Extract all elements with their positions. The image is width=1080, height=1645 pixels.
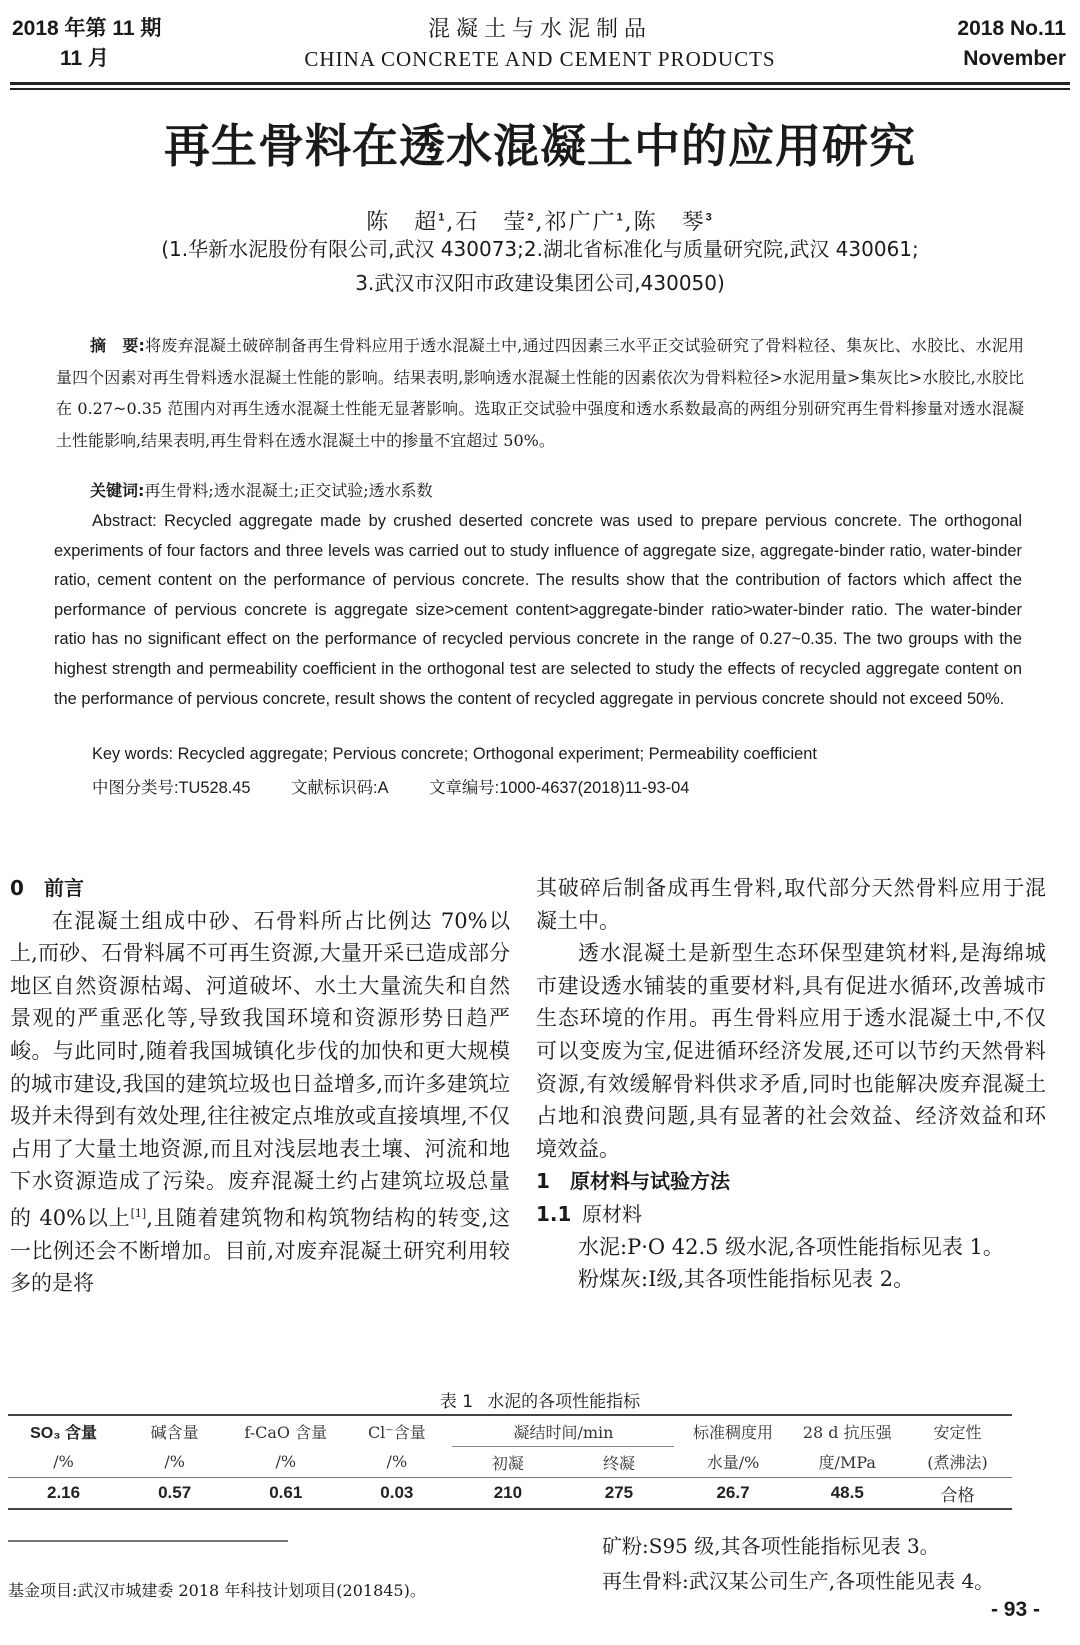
subsection-heading-1-1: 1.1原材料	[536, 1198, 1046, 1231]
table-header-cell: 标准稠度用	[674, 1415, 791, 1447]
author-affiliation-mark: 2	[527, 212, 535, 224]
author-affiliation-mark: 3	[706, 212, 714, 224]
affiliation-line-1: (1.华新水泥股份有限公司,武汉 430073;2.湖北省标准化与质量研究院,武…	[0, 232, 1080, 266]
funding-footnote: 基金项目:武汉市城建委 2018 年科技计划项目(201845)。	[8, 1578, 426, 1601]
table-cell-fcao: 0.61	[230, 1478, 341, 1510]
material-recycled-aggregate: 再生骨料:武汉某公司生产,各项性能见表 4。	[602, 1565, 994, 1594]
section-title: 原材料与试验方法	[570, 1169, 730, 1193]
abstract-en-label: Abstract:	[92, 512, 157, 530]
issue-month: 11 月	[12, 44, 161, 74]
keywords-cn-text: 再生骨料;透水混凝土;正交试验;透水系数	[144, 481, 432, 500]
table-header-cell: SO₃ 含量	[8, 1415, 119, 1447]
table-cell-initial-set: 210	[452, 1478, 563, 1510]
table-header-cell: 度/MPa	[792, 1447, 903, 1478]
table-cell-water-demand: 26.7	[674, 1478, 791, 1510]
table-header-cell: Cl⁻含量	[341, 1415, 452, 1447]
section-heading-1: 1原材料与试验方法	[536, 1165, 1046, 1198]
section-number: 0	[10, 872, 44, 905]
material-cement: 水泥:P·O 42.5 级水泥,各项性能指标见表 1。	[536, 1231, 1046, 1264]
table-header-cell: f-CaO 含量	[230, 1415, 341, 1447]
citation-ref: [1]	[131, 1207, 147, 1220]
table-header-group-cell: 凝结时间/min	[452, 1415, 674, 1447]
journal-name-en: CHINA CONCRETE AND CEMENT PRODUCTS	[290, 44, 790, 74]
article-title: 再生骨料在透水混凝土中的应用研究	[0, 110, 1080, 176]
table-number: 表 1	[440, 1392, 473, 1412]
article-number: 文章编号:1000-4637(2018)11-93-04	[429, 779, 689, 797]
document-code: 文献标识码:A	[291, 779, 388, 797]
table-header-cell: (煮沸法)	[903, 1447, 1012, 1478]
table-header-cell: /%	[8, 1447, 119, 1478]
header-rule-thin	[10, 88, 1070, 90]
issue-info: 2018 年第 11 期 11 月	[12, 14, 161, 74]
table-cell-soundness: 合格	[903, 1478, 1012, 1510]
classification-info: 中图分类号:TU528.45 文献标识码:A 文章编号:1000-4637(20…	[92, 774, 725, 798]
table-header-cell: 碱含量	[119, 1415, 230, 1447]
abstract-en-text: Recycled aggregate made by crushed deser…	[54, 512, 1022, 708]
table-header-row: SO₃ 含量 碱含量 f-CaO 含量 Cl⁻含量 凝结时间/min 标准稠度用…	[8, 1415, 1012, 1447]
intro-paragraph-1-continued: 其破碎后制备成再生骨料,取代部分天然骨料应用于混凝土中。	[536, 872, 1046, 937]
author-affiliation-mark: 1	[617, 212, 625, 224]
clc-number: 中图分类号:TU528.45	[92, 779, 251, 797]
author-affiliation-mark: 1	[438, 212, 446, 224]
material-slag: 矿粉:S95 级,其各项性能指标见表 3。	[602, 1530, 940, 1559]
material-flyash: 粉煤灰:Ⅰ级,其各项性能指标见表 2。	[536, 1263, 1046, 1296]
intro-paragraph-1: 在混凝土组成中砂、石骨料所占比例达 70%以上,而砂、石骨料属不可再生资源,大量…	[10, 905, 510, 1300]
issue-info-en: 2018 No.11 November	[957, 14, 1066, 74]
section-number: 1	[536, 1165, 570, 1198]
abstract-cn: 摘 要:将废弃混凝土破碎制备再生骨料应用于透水混凝土中,通过四因素三水平正交试验…	[56, 330, 1024, 456]
table-header-cell: 终凝	[563, 1447, 674, 1478]
table-cell-alkali: 0.57	[119, 1478, 230, 1510]
subsection-number: 1.1	[536, 1198, 582, 1231]
body-left-column: 0前言 在混凝土组成中砂、石骨料所占比例达 70%以上,而砂、石骨料属不可再生资…	[10, 872, 510, 1300]
table-row: 2.16 0.57 0.61 0.03 210 275 26.7 48.5 合格	[8, 1478, 1012, 1510]
subsection-title: 原材料	[582, 1202, 642, 1226]
page-number: - 93 -	[991, 1598, 1040, 1622]
paragraph-text: 在混凝土组成中砂、石骨料所占比例达 70%以上,而砂、石骨料属不可再生资源,大量…	[10, 909, 510, 1230]
abstract-cn-label: 摘 要:	[90, 336, 145, 355]
journal-name-cn: 混凝土与水泥制品	[290, 14, 790, 44]
section-heading-0: 0前言	[10, 872, 510, 905]
keywords-en: Key words: Recycled aggregate; Pervious …	[92, 745, 817, 764]
table-subheader-row: /% /% /% /% 初凝 终凝 水量/% 度/MPa (煮沸法)	[8, 1447, 1012, 1478]
table-header-cell: /%	[341, 1447, 452, 1478]
abstract-cn-text: 将废弃混凝土破碎制备再生骨料应用于透水混凝土中,通过四因素三水平正交试验研究了骨…	[56, 336, 1024, 450]
affiliation-line-2: 3.武汉市汉阳市政建设集团公司,430050)	[0, 266, 1080, 300]
table-title: 水泥的各项性能指标	[487, 1392, 640, 1412]
issue-no-en: 2018 No.11	[957, 14, 1066, 44]
keywords-cn-label: 关键词:	[90, 481, 144, 500]
table-1-caption: 表 1水泥的各项性能指标	[0, 1387, 1080, 1412]
table-header-cell: 水量/%	[674, 1447, 791, 1478]
table-cell-so3: 2.16	[8, 1478, 119, 1510]
table-header-cell: 初凝	[452, 1447, 563, 1478]
body-right-column: 其破碎后制备成再生骨料,取代部分天然骨料应用于混凝土中。 透水混凝土是新型生态环…	[536, 872, 1046, 1296]
issue-month-en: November	[957, 44, 1066, 74]
table-cell-28d-strength: 48.5	[792, 1478, 903, 1510]
table-cell-cl: 0.03	[341, 1478, 452, 1510]
header-rule-thick	[10, 82, 1070, 85]
intro-paragraph-2: 透水混凝土是新型生态环保型建筑材料,是海绵城市建设透水铺装的重要材料,具有促进水…	[536, 937, 1046, 1165]
table-header-cell: 28 d 抗压强	[792, 1415, 903, 1447]
table-header-cell: 安定性	[903, 1415, 1012, 1447]
table-header-cell: /%	[230, 1447, 341, 1478]
keywords-cn: 关键词:再生骨料;透水混凝土;正交试验;透水系数	[90, 478, 433, 501]
abstract-en: Abstract: Recycled aggregate made by cru…	[54, 507, 1022, 714]
issue-year-number: 2018 年第 11 期	[12, 14, 161, 44]
table-1: SO₃ 含量 碱含量 f-CaO 含量 Cl⁻含量 凝结时间/min 标准稠度用…	[8, 1414, 1012, 1510]
section-title: 前言	[44, 876, 84, 900]
journal-name: 混凝土与水泥制品 CHINA CONCRETE AND CEMENT PRODU…	[290, 14, 790, 74]
table-header-cell: /%	[119, 1447, 230, 1478]
footnote-rule	[8, 1540, 288, 1542]
table-cell-final-set: 275	[563, 1478, 674, 1510]
